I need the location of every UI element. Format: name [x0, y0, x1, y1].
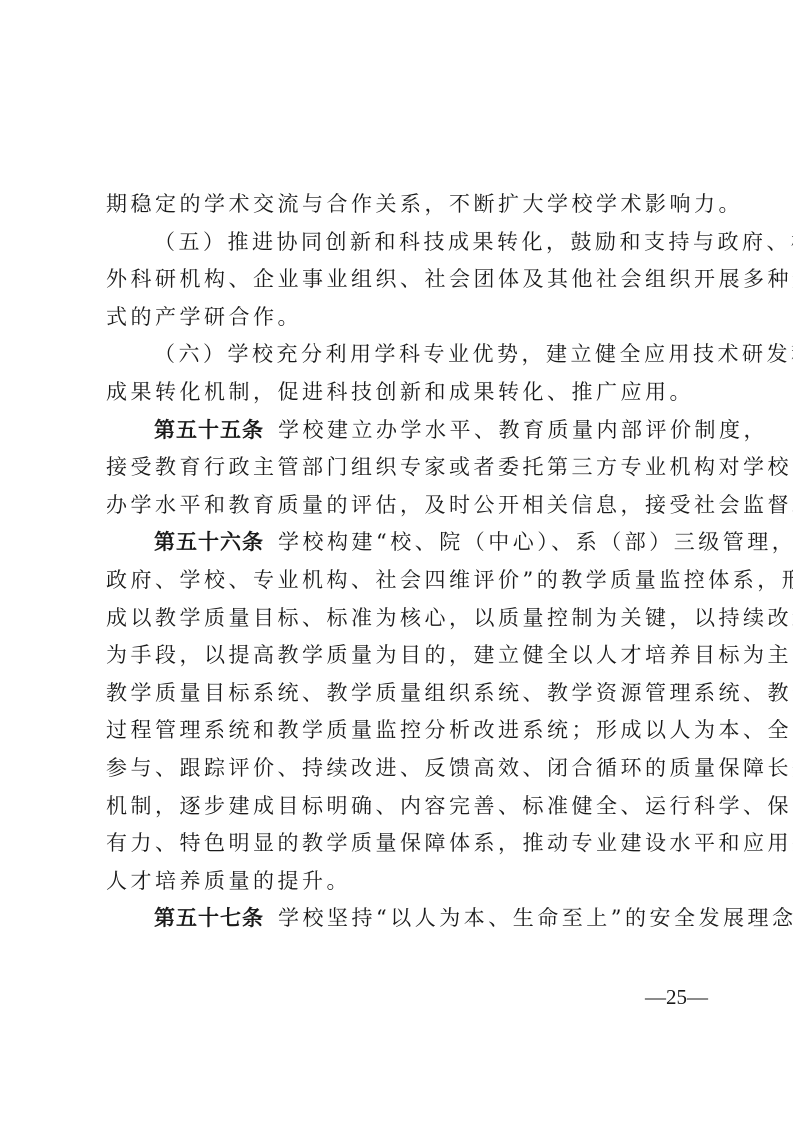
paragraph-line: 接受教育行政主管部门组织专家或者委托第三方专业机构对学校: [106, 449, 700, 487]
article-56-line: 第五十六条学校构建“校、院（中心）、系（部）三级管理，: [106, 524, 700, 562]
paragraph-line: 有力、特色明显的教学质量保障体系，推动专业建设水平和应用型: [106, 825, 700, 863]
article-55-line: 第五十五条学校建立办学水平、教育质量内部评价制度，: [106, 412, 700, 450]
article-heading: 第五十六条: [154, 530, 264, 554]
article-heading: 第五十五条: [154, 418, 264, 442]
page-number: —25—: [645, 985, 708, 1010]
paragraph-line: 为手段，以提高教学质量为目的，建立健全以人才培养目标为主的: [106, 637, 700, 675]
article-text: 学校坚持“以人为本、生命至上”的安全发展理念，: [278, 906, 793, 930]
paragraph-line: 过程管理系统和教学质量监控分析改进系统；形成以人为本、全员: [106, 712, 700, 750]
article-text: 学校建立办学水平、教育质量内部评价制度，: [278, 418, 768, 442]
paragraph-line-item-six: （六）学校充分利用学科专业优势，建立健全应用技术研发和: [106, 336, 700, 374]
paragraph-line: 机制，逐步建成目标明确、内容完善、标准健全、运行科学、保障: [106, 788, 700, 826]
paragraph-line: 成以教学质量目标、标准为核心，以质量控制为关键，以持续改进: [106, 600, 700, 638]
article-text: 学校构建“校、院（中心）、系（部）三级管理，: [278, 530, 793, 554]
document-page: 期稳定的学术交流与合作关系，不断扩大学校学术影响力。 （五）推进协同创新和科技成…: [0, 0, 793, 1122]
paragraph-line-item-five: （五）推进协同创新和科技成果转化，鼓励和支持与政府、校: [106, 224, 700, 262]
paragraph-line: 外科研机构、企业事业组织、社会团体及其他社会组织开展多种形: [106, 261, 700, 299]
paragraph-line: 式的产学研合作。: [106, 299, 700, 337]
article-heading: 第五十七条: [154, 906, 264, 930]
paragraph-line: 成果转化机制，促进科技创新和成果转化、推广应用。: [106, 374, 700, 412]
paragraph-line: 人才培养质量的提升。: [106, 863, 700, 901]
article-57-line: 第五十七条学校坚持“以人为本、生命至上”的安全发展理念，: [106, 900, 700, 938]
paragraph-line: 期稳定的学术交流与合作关系，不断扩大学校学术影响力。: [106, 186, 700, 224]
paragraph-line: 参与、跟踪评价、持续改进、反馈高效、闭合循环的质量保障长效: [106, 750, 700, 788]
paragraph-line: 教学质量目标系统、教学质量组织系统、教学资源管理系统、教学: [106, 675, 700, 713]
paragraph-line: 政府、学校、专业机构、社会四维评价”的教学质量监控体系，形: [106, 562, 700, 600]
page-body: 期稳定的学术交流与合作关系，不断扩大学校学术影响力。 （五）推进协同创新和科技成…: [106, 186, 700, 938]
paragraph-line: 办学水平和教育质量的评估，及时公开相关信息，接受社会监督。: [106, 487, 700, 525]
